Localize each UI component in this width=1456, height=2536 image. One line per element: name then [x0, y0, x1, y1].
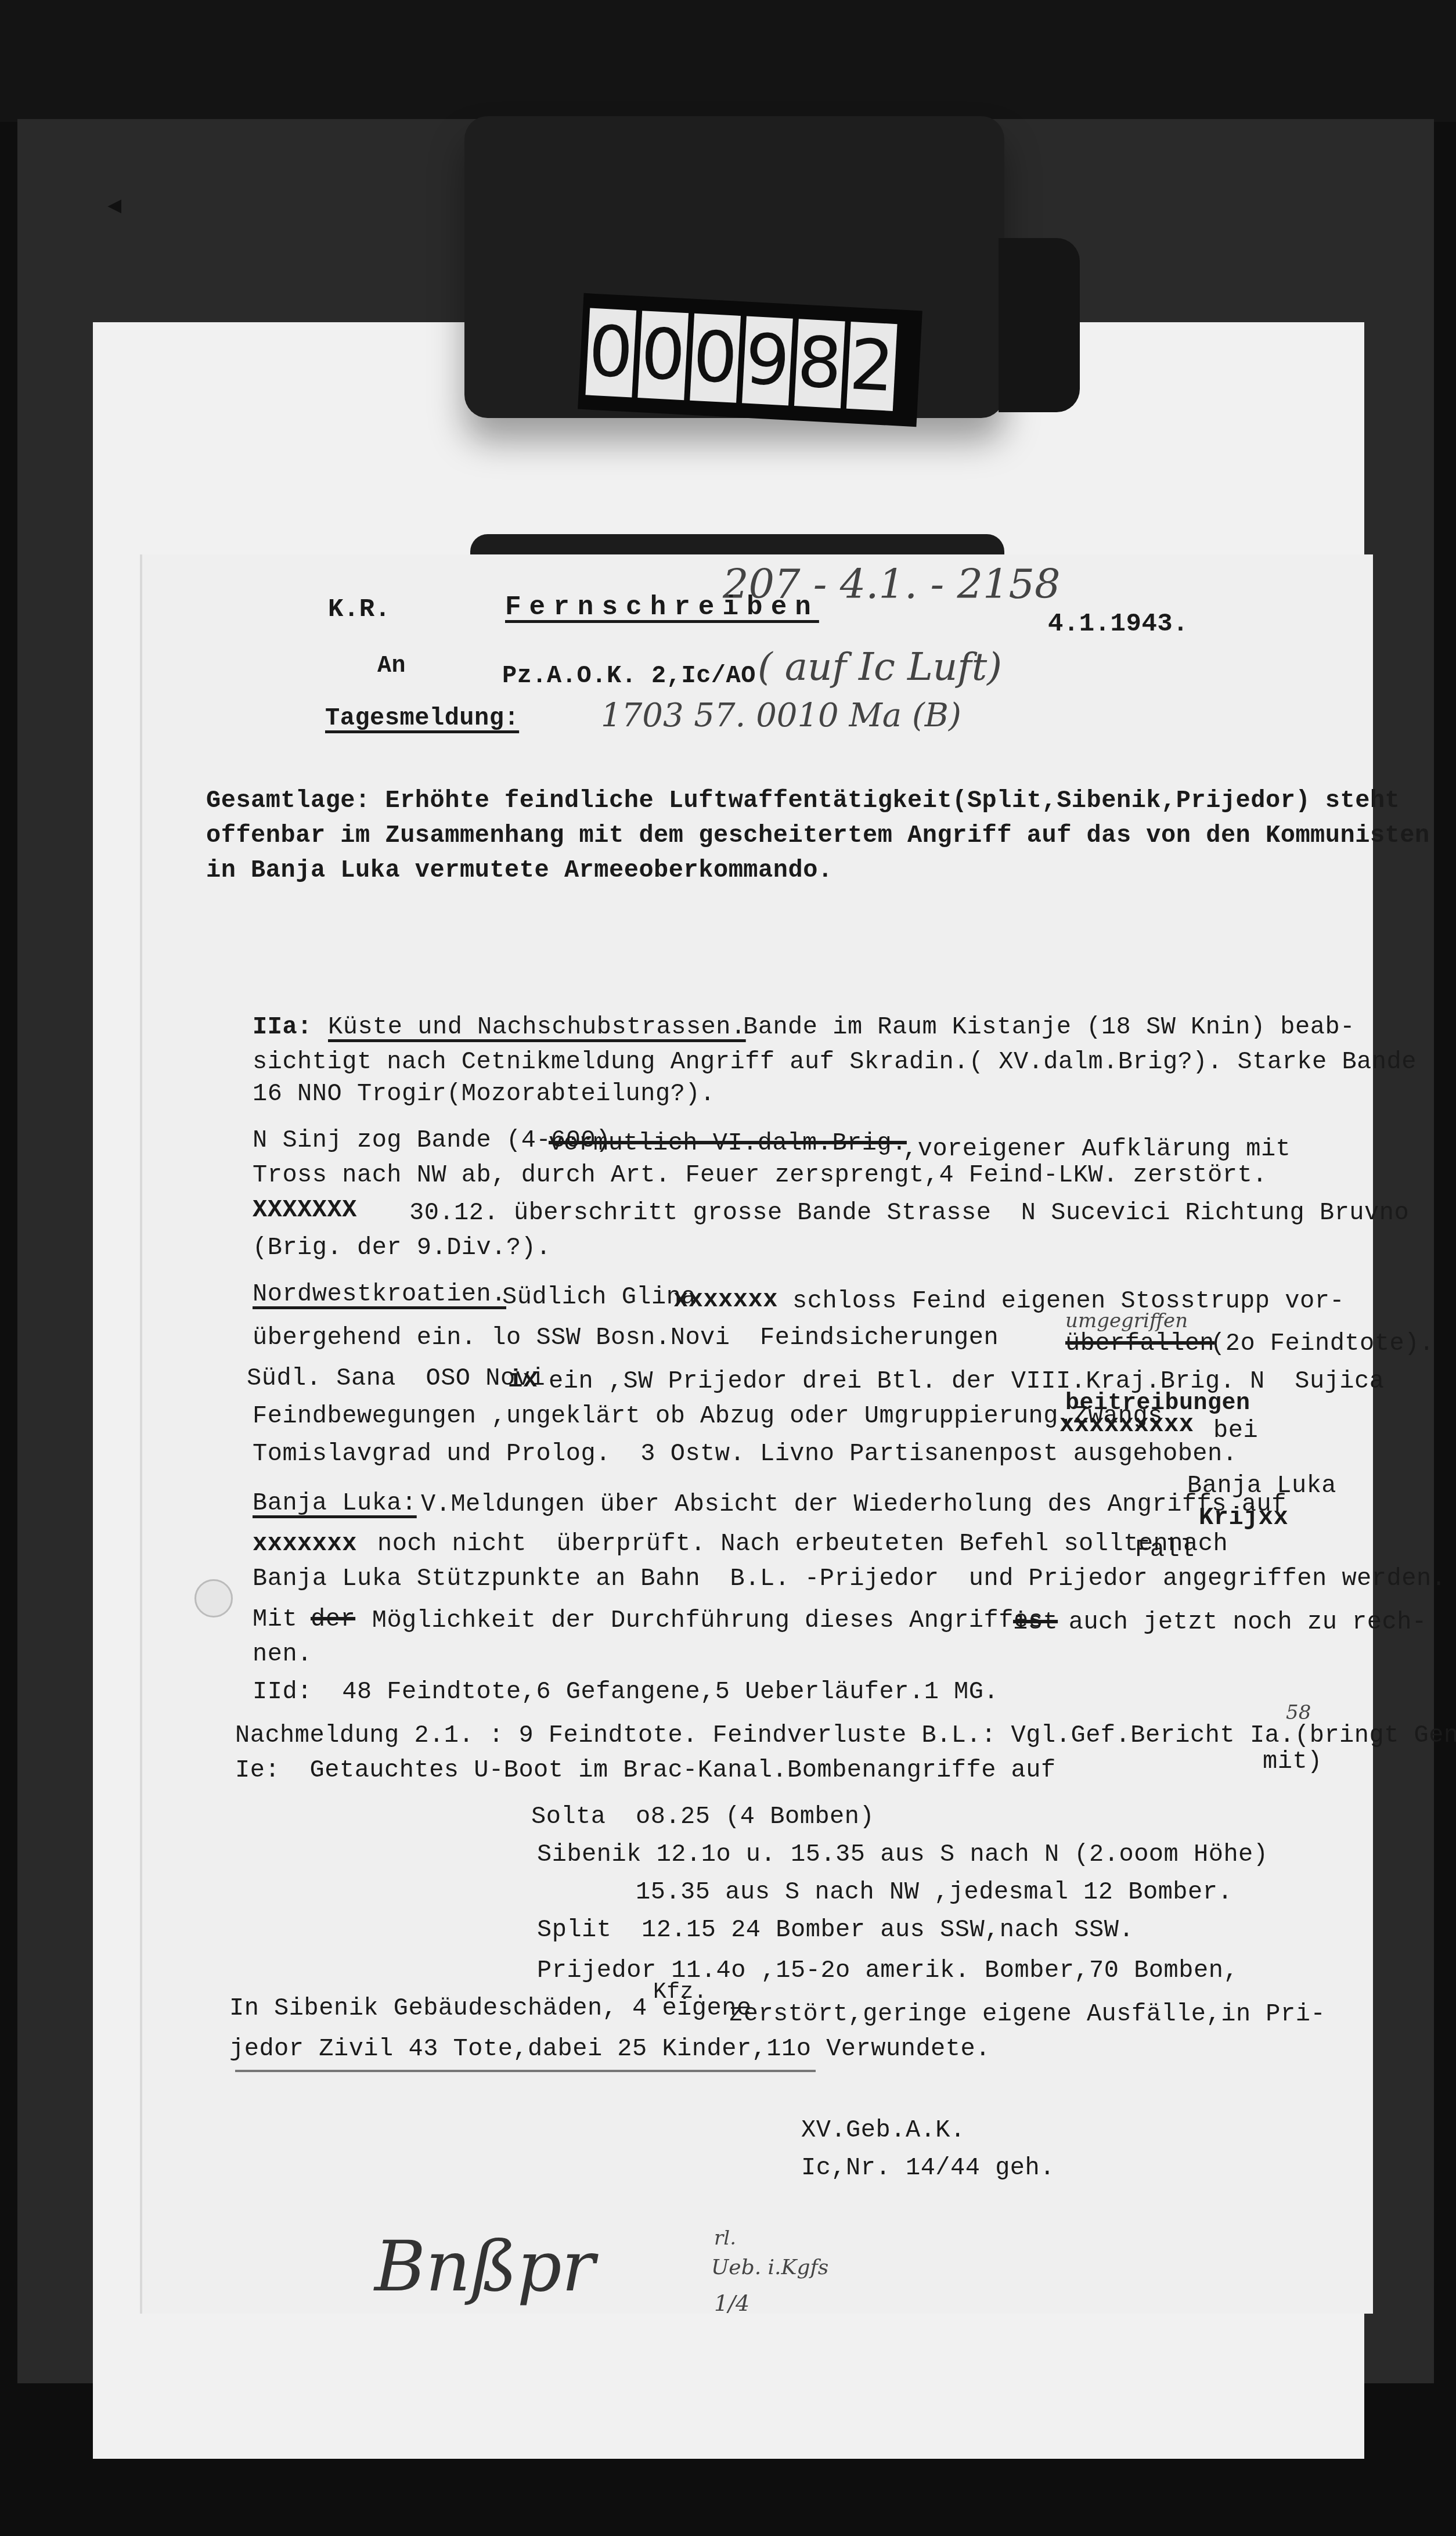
- section-label: Tagesmeldung:: [325, 704, 519, 732]
- damage-kfz: Kfz.: [653, 1980, 707, 2005]
- overtyped-text: xxxxxxx: [253, 1530, 357, 1558]
- raid-line: 15.35 aus S nach NW ,jedesmal 12 Bomber.: [636, 1878, 1232, 1906]
- gesamtlage-line: in Banja Luka vermutete Armeeoberkommand…: [206, 856, 833, 884]
- iia-line: 16 NNO Trogir(Mozorabteilung?).: [253, 1080, 715, 1108]
- handwritten-note: 1/4: [714, 2290, 749, 2316]
- bl-line: Möglichkeit der Durchführung dieses Angr…: [357, 1606, 1058, 1634]
- handwritten-initials: rl.: [714, 2227, 736, 2250]
- film-frame-top: [0, 0, 1456, 122]
- iid-line: IId: 48 Feindtote,6 Gefangene,5 Ueberläu…: [253, 1678, 999, 1706]
- counter-digit: 0: [690, 314, 741, 403]
- iia-line: ,voreigener Aufklärung mit: [903, 1135, 1291, 1163]
- damage-line: zerstört,geringe eigene Ausfälle,in Pri-: [729, 2000, 1325, 2028]
- iia-line: sichtigt nach Cetnikmeldung Angriff auf …: [253, 1048, 1417, 1076]
- nwk-line: Südlich Glina: [502, 1283, 696, 1311]
- frame-counter-display: 0 0 0 9 8 2: [578, 293, 922, 427]
- overtyped-text: xxxxxxxxx: [1059, 1411, 1194, 1439]
- frame-marker-icon: ◀: [107, 192, 121, 220]
- handwritten-section-note: 1703 57. 0010 Ma (B): [601, 697, 961, 734]
- bl-line: noch nicht überprüft. Nach erbeuteten Be…: [377, 1530, 1243, 1558]
- nwk-line: ein ,SW Prijedor drei Btl. der VIII.Kraj…: [549, 1367, 1384, 1395]
- damage-line: jedor Zivil 43 Tote,dabei 25 Kinder,11o …: [229, 2035, 990, 2063]
- iia-line: 30.12. überschritt grosse Bande Strasse …: [409, 1199, 1409, 1227]
- overtyped-text: Krijxx: [1199, 1504, 1288, 1532]
- bl-line: Banja Luka Stützpunkte an Bahn B.L. -Pri…: [253, 1565, 1446, 1593]
- bl-heading: Banja Luka:: [253, 1489, 417, 1517]
- bl-line: auch jetzt noch zu rech-: [1054, 1608, 1427, 1636]
- overtyped-text: XXXXXXX: [253, 1196, 357, 1224]
- bl-line: V.Meldungen über Absicht der Wiederholun…: [421, 1490, 1286, 1518]
- nwk-heading: Nordwestkroatien.: [253, 1280, 506, 1308]
- raid-line: Prijedor 11.4o ,15-2o amerik. Bomber,70 …: [537, 1957, 1238, 1984]
- iia-line: Tross nach NW ab, durch Art. Feuer zersp…: [253, 1161, 1267, 1189]
- raid-line: Split 12.15 24 Bomber aus SSW,nach SSW.: [537, 1916, 1134, 1944]
- nwk-line: Tomislavgrad und Prolog. 3 Ostw. Livno P…: [253, 1440, 1237, 1468]
- handwritten-signature: Bnßpr: [374, 2227, 595, 2307]
- bl-line: Mit: [253, 1605, 312, 1633]
- iia-line: (Brig. der 9.Div.?).: [253, 1234, 551, 1262]
- document-date: 4.1.1943.: [1048, 610, 1188, 639]
- nwk-line: (2o Feindtote).: [1210, 1330, 1435, 1357]
- recipient: Pz.A.O.K. 2,Ic/AO: [502, 662, 756, 690]
- unit-signature: XV.Geb.A.K.: [801, 2116, 965, 2144]
- struck-text: der: [311, 1605, 355, 1633]
- nwk-line: Südl. Sana OSO Novi: [247, 1364, 545, 1392]
- reference-number: Ic,Nr. 14/44 geh.: [801, 2154, 1055, 2182]
- handwritten-recipient-note: ( auf Ic Luft): [758, 644, 1002, 689]
- raid-line: Solta o8.25 (4 Bomben): [531, 1803, 874, 1831]
- frame-counter-knob: [999, 238, 1080, 412]
- counter-digit: 8: [794, 319, 845, 408]
- to-label: An: [377, 653, 406, 679]
- struck-text: überfallen: [1065, 1330, 1214, 1357]
- iia-line: Bande im Raum Kistanje (18 SW Knin) beab…: [743, 1013, 1355, 1041]
- bl-line: nen.: [253, 1640, 312, 1668]
- nwk-line: übergehend ein. lo SSW Bosn.Novi Feindsi…: [253, 1324, 999, 1352]
- handwritten-number: 58: [1286, 1701, 1311, 1724]
- counter-digit: 9: [742, 316, 793, 406]
- handwritten-underline: [235, 2070, 816, 2072]
- gesamtlage-line: Gesamtlage: Erhöhte feindliche Luftwaffe…: [206, 787, 1400, 815]
- iia-label: IIa:: [253, 1013, 312, 1041]
- bl-line: Fall: [1135, 1536, 1195, 1564]
- nachmeldung-line: Nachmeldung 2.1. : 9 Feindtote. Feindver…: [235, 1721, 1456, 1749]
- document-title: Fernschreiben: [505, 592, 819, 622]
- telex-document: 207 - 4.1. - 2158 K.R. Fernschreiben 4.1…: [142, 554, 1373, 2314]
- nwk-line: Feindbewegungen ,ungeklärt ob Abzug oder…: [253, 1402, 1163, 1430]
- handwritten-note: Ueb. i.Kgfs: [711, 2256, 828, 2279]
- struck-text: vermutlich VI.dalm.Brig.: [549, 1129, 907, 1157]
- counter-digit: 0: [585, 308, 636, 397]
- counter-digit: 0: [637, 311, 689, 400]
- struck-text: ist: [1013, 1608, 1058, 1636]
- punch-hole: [194, 1579, 233, 1618]
- overtyped-text: xxxxxxx: [673, 1286, 778, 1314]
- gesamtlage-line: offenbar im Zusammenhang mit dem geschei…: [206, 822, 1430, 849]
- kr-label: K.R.: [328, 595, 391, 624]
- nachmeldung-cont: mit): [1263, 1748, 1322, 1775]
- overtyped-text: ix: [508, 1366, 538, 1394]
- counter-digit: 2: [846, 322, 898, 411]
- handwritten-insert: umgegriffen: [1065, 1309, 1188, 1332]
- iia-heading: Küste und Nachschubstrassen.: [328, 1013, 746, 1041]
- ie-line: Ie: Getauchtes U-Boot im Brac-Kanal.Bomb…: [235, 1756, 1056, 1784]
- raid-line: Sibenik 12.1o u. 15.35 aus S nach N (2.o…: [537, 1840, 1268, 1868]
